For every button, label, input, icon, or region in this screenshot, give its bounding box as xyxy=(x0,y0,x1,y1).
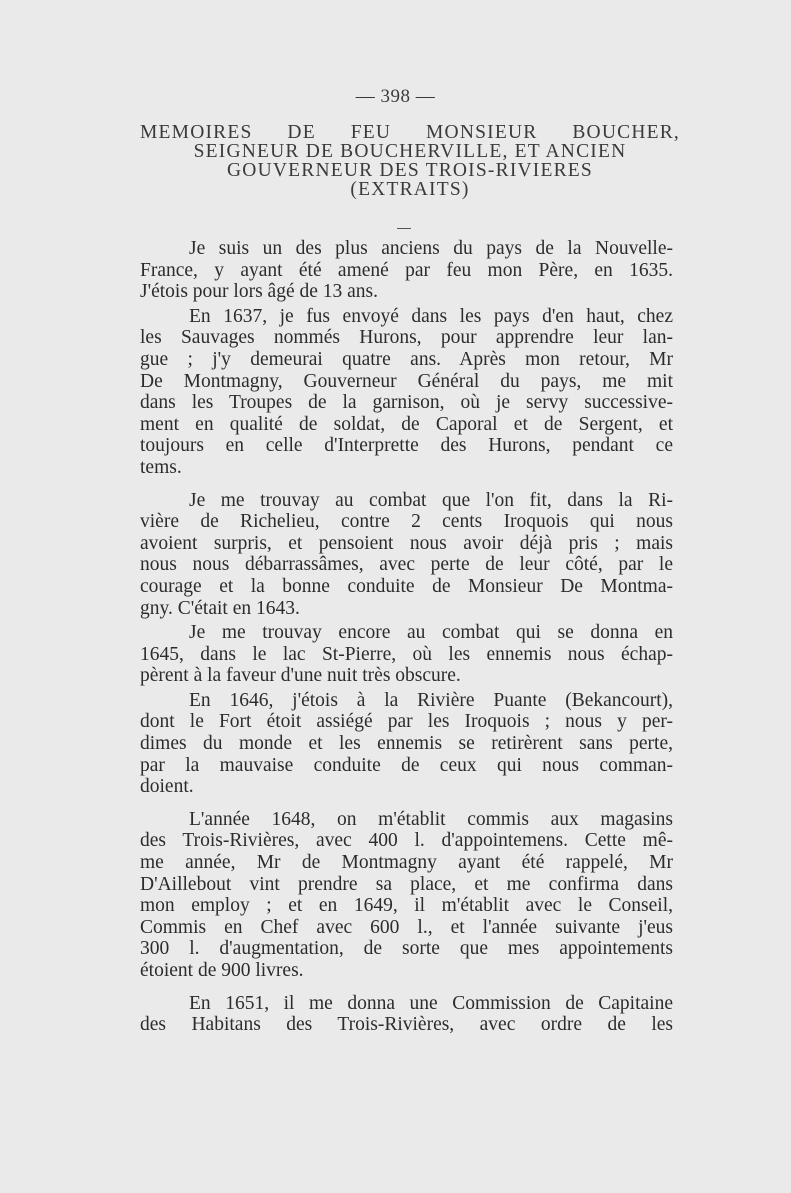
text-line: pèrent à la faveur d'une nuit très obscu… xyxy=(140,665,673,687)
text-line: dans les Troupes de la garnison, où je s… xyxy=(140,392,673,414)
paragraph-7: En 1651, il me donna une Commission de C… xyxy=(140,993,673,1036)
text-line: De Montmagny, Gouverneur Général du pays… xyxy=(140,371,673,393)
text-line: me année, Mr de Montmagny ayant été rapp… xyxy=(140,852,673,874)
text-line: mon employ ; et en 1649, il m'établit av… xyxy=(140,895,673,917)
paragraph-2: En 1637, je fus envoyé dans les pays d'e… xyxy=(140,306,673,479)
text-line: 300 l. d'augmentation, de sorte que mes … xyxy=(140,938,673,960)
paragraph-5: En 1646, j'étois à la Rivière Puante (Be… xyxy=(140,690,673,798)
text-line: des Habitans des Trois-Rivières, avec or… xyxy=(140,1014,673,1036)
text-line: En 1651, il me donna une Commission de C… xyxy=(140,993,673,1015)
text-line: D'Aillebout vint prendre sa place, et me… xyxy=(140,874,673,896)
text-line: étoient de 900 livres. xyxy=(140,960,673,982)
text-line: toujours en celle d'Interprette des Huro… xyxy=(140,435,673,457)
text-line: Je me trouvay encore au combat qui se do… xyxy=(140,622,673,644)
text-line: doient. xyxy=(140,776,673,798)
page-number: — 398 — xyxy=(0,86,791,108)
text-line: par la mauvaise conduite de ceux qui nou… xyxy=(140,755,673,777)
text-line: En 1637, je fus envoyé dans les pays d'e… xyxy=(140,306,673,328)
text-line: 1645, dans le lac St-Pierre, où les enne… xyxy=(140,644,673,666)
text-line: les Sauvages nommés Hurons, pour apprend… xyxy=(140,327,673,349)
text-line: Commis en Chef avec 600 l., et l'année s… xyxy=(140,917,673,939)
text-line: J'étois pour lors âgé de 13 ans. xyxy=(140,281,673,303)
text-line: courage et la bonne conduite de Monsieur… xyxy=(140,576,673,598)
text-line: L'année 1648, on m'établit commis aux ma… xyxy=(140,809,673,831)
text-line: gue ; j'y demeurai quatre ans. Après mon… xyxy=(140,349,673,371)
title-line-1: MEMOIRES DE FEU MONSIEUR BOUCHER, xyxy=(140,123,680,142)
title-line-2: SEIGNEUR DE BOUCHERVILLE, ET ANCIEN xyxy=(140,142,680,161)
paragraph-1: Je suis un des plus anciens du pays de l… xyxy=(140,238,673,303)
paragraph-3: Je me trouvay au combat que l'on fit, da… xyxy=(140,490,673,620)
text-line: des Trois-Rivières, avec 400 l. d'appoin… xyxy=(140,830,673,852)
text-line: Je suis un des plus anciens du pays de l… xyxy=(140,238,673,260)
title-line-4: (EXTRAITS) xyxy=(140,180,680,199)
title-separator xyxy=(397,228,411,229)
text-line: tems. xyxy=(140,457,673,479)
text-line: avoient surpris, et pensoient nous avoir… xyxy=(140,533,673,555)
text-line: dimes du monde et les ennemis se retirèr… xyxy=(140,733,673,755)
text-line: vière de Richelieu, contre 2 cents Iroqu… xyxy=(140,511,673,533)
body-text: Je suis un des plus anciens du pays de l… xyxy=(140,238,673,1036)
text-line: dont le Fort étoit assiégé par les Iroqu… xyxy=(140,711,673,733)
text-line: nous nous débarrassâmes, avec perte de l… xyxy=(140,554,673,576)
title-line-3: GOUVERNEUR DES TROIS-RIVIERES xyxy=(140,161,680,180)
text-line: Je me trouvay au combat que l'on fit, da… xyxy=(140,490,673,512)
book-page: — 398 — MEMOIRES DE FEU MONSIEUR BOUCHER… xyxy=(0,0,791,1193)
paragraph-6: L'année 1648, on m'établit commis aux ma… xyxy=(140,809,673,982)
chapter-title: MEMOIRES DE FEU MONSIEUR BOUCHER, SEIGNE… xyxy=(140,123,680,199)
text-line: France, y ayant été amené par feu mon Pè… xyxy=(140,260,673,282)
text-line: En 1646, j'étois à la Rivière Puante (Be… xyxy=(140,690,673,712)
text-line: ment en qualité de soldat, de Caporal et… xyxy=(140,414,673,436)
text-line: gny. C'était en 1643. xyxy=(140,598,673,620)
paragraph-4: Je me trouvay encore au combat qui se do… xyxy=(140,622,673,687)
